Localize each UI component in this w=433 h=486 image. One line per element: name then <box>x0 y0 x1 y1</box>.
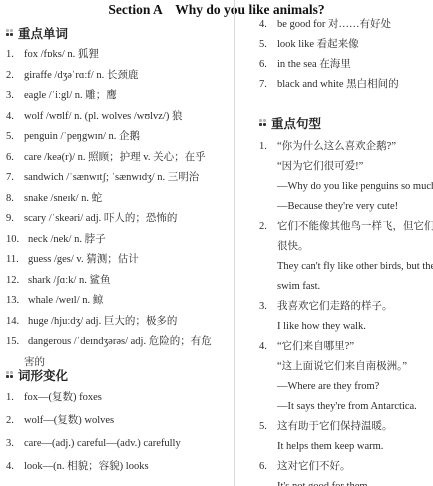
sentence-text: “你为什么这么喜欢企鹅?” <box>277 141 396 152</box>
item-number: 3. <box>259 300 277 314</box>
sentence-line: “这上面说它们来自南极洲。” <box>277 360 407 374</box>
sentence-item: 3.我喜欢它们走路的样子。 <box>259 300 393 314</box>
item-number: 1. <box>259 140 277 154</box>
sentence-text: 这对它们不好。 <box>277 461 351 472</box>
sentence-line: 很快。 <box>277 240 309 254</box>
sentence-text: They can't fly like other birds, but the… <box>277 261 433 272</box>
phrase-item: 4.be good for 对……有好处 <box>259 18 391 32</box>
item-text: black and white 黑白相间的 <box>277 79 399 90</box>
item-number: 15. <box>6 335 28 349</box>
item-number: 6. <box>259 58 277 72</box>
item-number: 2. <box>259 220 277 234</box>
sentences-heading: 重点句型 <box>259 114 321 132</box>
sentence-text: —It says they're from Antarctica. <box>277 401 417 412</box>
item-text: in the sea 在海里 <box>277 59 351 70</box>
item-number: 5. <box>6 130 24 144</box>
vocab-item: 5.penguin /ˈpeŋgwɪn/ n. 企鹅 <box>6 130 140 144</box>
sentence-text: “因为它们很可爱!” <box>277 161 363 172</box>
vocab-item: 13.whale /weɪl/ n. 鲸 <box>6 294 103 308</box>
item-number: 14. <box>6 315 28 329</box>
item-text: guess /ges/ v. 猜测；估计 <box>28 254 139 265</box>
forms-heading-text: 词形变化 <box>18 366 68 384</box>
item-text: neck /nek/ n. 脖子 <box>28 234 106 245</box>
item-text: fox—(复数) foxes <box>24 392 102 403</box>
item-text: dangerous /ˈdeɪndʒərəs/ adj. 危险的；有危 <box>28 336 212 347</box>
item-text: look like 看起来像 <box>277 39 359 50</box>
sentence-item: 5.这有助于它们保持温暖。 <box>259 420 393 434</box>
item-number: 6. <box>6 151 24 165</box>
item-text: snake /sneɪk/ n. 蛇 <box>24 193 102 204</box>
form-item: 4.look—(n. 相貌；容貌) looks <box>6 460 149 474</box>
forms-heading: 词形变化 <box>6 366 68 384</box>
vocab-item: 10.neck /nek/ n. 脖子 <box>6 233 106 247</box>
vocab-item: 14.huge /hjuːdʒ/ adj. 巨大的；极多的 <box>6 315 177 329</box>
vocab-heading-text: 重点单词 <box>18 24 68 42</box>
sentence-line: I like how they walk. <box>277 320 366 334</box>
sentence-line: swim fast. <box>277 280 320 294</box>
item-text: eagle /ˈiːgl/ n. 雕；鹰 <box>24 90 117 101</box>
phrase-item: 7.black and white 黑白相间的 <box>259 78 399 92</box>
form-item: 3.care—(adj.) careful—(adv.) carefully <box>6 437 181 451</box>
item-text: shark /ʃɑːk/ n. 鲨鱼 <box>28 275 110 286</box>
item-number: 10. <box>6 233 28 247</box>
item-text: be good for 对……有好处 <box>277 19 391 30</box>
sentence-line: —Because they're very cute! <box>277 200 398 214</box>
item-number: 4. <box>6 460 24 474</box>
sentence-text: —Because they're very cute! <box>277 201 398 212</box>
sentence-text: 它们不能像其他鸟一样飞，但它们能 <box>277 221 433 232</box>
item-number: 9. <box>6 212 24 226</box>
form-item: 1.fox—(复数) foxes <box>6 391 102 405</box>
item-text: care—(adj.) careful—(adv.) carefully <box>24 438 181 449</box>
sentence-item: 6.这对它们不好。 <box>259 460 351 474</box>
sentence-line: They can't fly like other birds, but the… <box>277 260 433 274</box>
right-column: 4.be good for 对……有好处5.look like 看起来像6.in… <box>234 0 433 486</box>
form-item: 2.wolf—(复数) wolves <box>6 414 114 428</box>
sentence-line: It's not good for them. <box>277 480 370 486</box>
vocab-item: 4.wolf /wʊlf/ n. (pl. wolves /wʊlvz/) 狼 <box>6 110 183 124</box>
item-text: wolf—(复数) wolves <box>24 415 114 426</box>
phrase-item: 5.look like 看起来像 <box>259 38 359 52</box>
sentence-text: —Where are they from? <box>277 381 379 392</box>
sentence-text: —Why do you like penguins so much? <box>277 181 433 192</box>
vocab-item: 2.giraffe /dʒəˈrɑːf/ n. 长颈鹿 <box>6 69 138 83</box>
phrase-item: 6.in the sea 在海里 <box>259 58 351 72</box>
sentences-heading-text: 重点句型 <box>271 114 321 132</box>
item-number: 7. <box>259 78 277 92</box>
sentence-text: It's not good for them. <box>277 481 370 486</box>
vocab-item: 6.care /keə(r)/ n. 照顾；护理 v. 关心；在乎 <box>6 151 206 165</box>
vocab-item: 12.shark /ʃɑːk/ n. 鲨鱼 <box>6 274 110 288</box>
item-text: wolf /wʊlf/ n. (pl. wolves /wʊlvz/) 狼 <box>24 111 183 122</box>
item-number: 3. <box>6 89 24 103</box>
item-number: 13. <box>6 294 28 308</box>
vocab-item: 3.eagle /ˈiːgl/ n. 雕；鹰 <box>6 89 117 103</box>
item-text: care /keə(r)/ n. 照顾；护理 v. 关心；在乎 <box>24 152 206 163</box>
item-number: 4. <box>259 340 277 354</box>
sentence-item: 2.它们不能像其他鸟一样飞，但它们能 <box>259 220 433 234</box>
sentence-text: I like how they walk. <box>277 321 366 332</box>
vocab-item: 7.sandwich /ˈsænwɪtʃ; ˈsænwɪdʒ/ n. 三明治 <box>6 171 199 185</box>
vocab-item: 11.guess /ges/ v. 猜测；估计 <box>6 253 139 267</box>
item-text: huge /hjuːdʒ/ adj. 巨大的；极多的 <box>28 316 177 327</box>
item-number: 12. <box>6 274 28 288</box>
sentence-text: swim fast. <box>277 281 320 292</box>
sentence-text: 这有助于它们保持温暖。 <box>277 421 393 432</box>
vocab-item: 9.scary /ˈskeəri/ adj. 吓人的；恐怖的 <box>6 212 177 226</box>
item-number: 4. <box>6 110 24 124</box>
item-text: look—(n. 相貌；容貌) looks <box>24 461 149 472</box>
section-bullet-icon <box>6 371 14 379</box>
item-number: 11. <box>6 253 28 267</box>
vocab-item: 8.snake /sneɪk/ n. 蛇 <box>6 192 102 206</box>
item-number: 7. <box>6 171 24 185</box>
sentence-item: 1.“你为什么这么喜欢企鹅?” <box>259 140 396 154</box>
item-text: scary /ˈskeəri/ adj. 吓人的；恐怖的 <box>24 213 177 224</box>
item-number: 5. <box>259 38 277 52</box>
sentence-item: 4.“它们来自哪里?” <box>259 340 354 354</box>
item-text: penguin /ˈpeŋgwɪn/ n. 企鹅 <box>24 131 140 142</box>
item-number: 4. <box>259 18 277 32</box>
item-number: 1. <box>6 48 24 62</box>
item-number: 6. <box>259 460 277 474</box>
item-text: whale /weɪl/ n. 鲸 <box>28 295 103 306</box>
section-bullet-icon <box>259 119 267 127</box>
vocab-item: 1.fox /fɒks/ n. 狐狸 <box>6 48 99 62</box>
sentence-line: —Why do you like penguins so much? <box>277 180 433 194</box>
item-text: fox /fɒks/ n. 狐狸 <box>24 49 99 60</box>
vocab-item: 15.dangerous /ˈdeɪndʒərəs/ adj. 危险的；有危 <box>6 335 212 349</box>
sentence-line: —It says they're from Antarctica. <box>277 400 417 414</box>
sentence-line: “因为它们很可爱!” <box>277 160 363 174</box>
item-number: 1. <box>6 391 24 405</box>
item-number: 2. <box>6 69 24 83</box>
item-text: giraffe /dʒəˈrɑːf/ n. 长颈鹿 <box>24 70 138 81</box>
sentence-line: It helps them keep warm. <box>277 440 383 454</box>
item-number: 3. <box>6 437 24 451</box>
sentence-text: “它们来自哪里?” <box>277 341 354 352</box>
item-text: sandwich /ˈsænwɪtʃ; ˈsænwɪdʒ/ n. 三明治 <box>24 172 199 183</box>
sentence-text: 很快。 <box>277 241 309 252</box>
vocab-heading: 重点单词 <box>6 24 68 42</box>
item-number: 2. <box>6 414 24 428</box>
sentence-text: “这上面说它们来自南极洲。” <box>277 361 407 372</box>
sentence-text: It helps them keep warm. <box>277 441 383 452</box>
sentence-line: —Where are they from? <box>277 380 379 394</box>
section-bullet-icon <box>6 29 14 37</box>
sentence-text: 我喜欢它们走路的样子。 <box>277 301 393 312</box>
item-number: 5. <box>259 420 277 434</box>
item-number: 8. <box>6 192 24 206</box>
